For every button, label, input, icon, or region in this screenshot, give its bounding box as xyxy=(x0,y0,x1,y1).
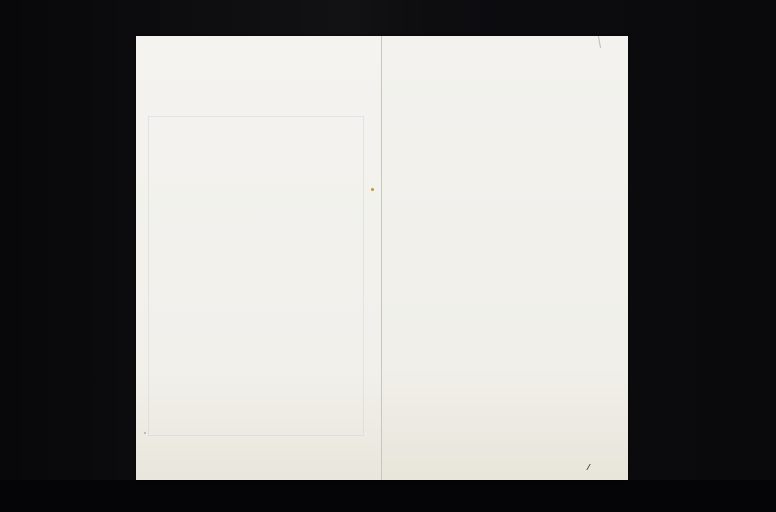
stain-spot xyxy=(144,432,146,434)
right-page xyxy=(382,36,628,480)
bleed-through-frame xyxy=(148,116,364,436)
stain-spot xyxy=(371,188,374,191)
paper-sheet xyxy=(136,36,628,480)
dark-background-lower xyxy=(0,480,776,512)
left-page xyxy=(136,36,381,480)
